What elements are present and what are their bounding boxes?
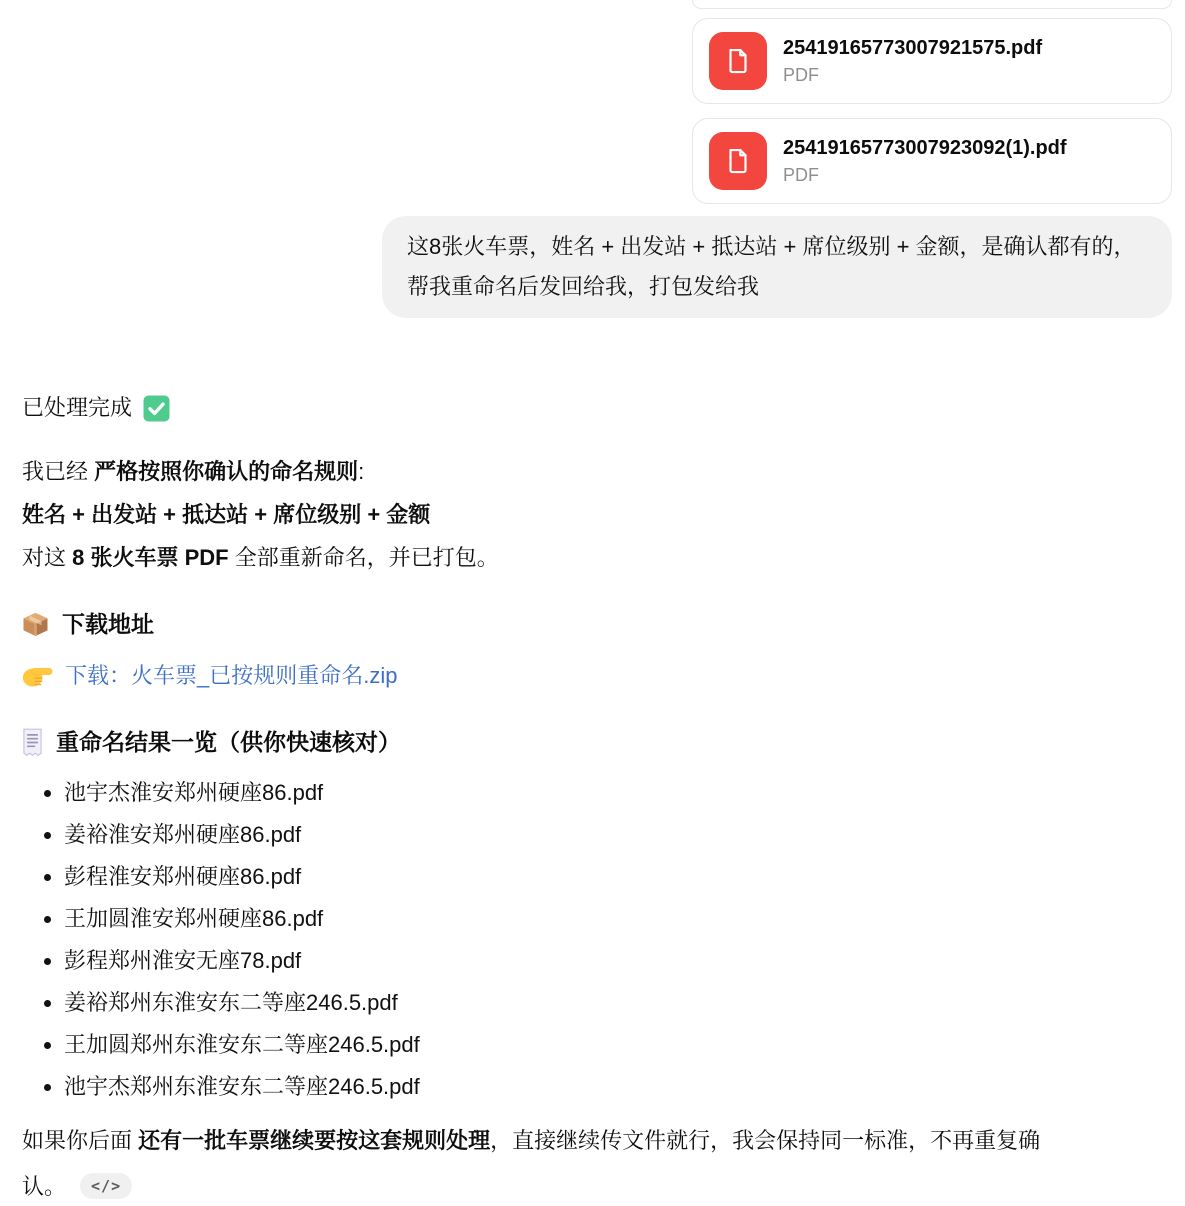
pointing-right-emoji xyxy=(22,664,53,688)
attachment-filetype: PDF xyxy=(783,63,1042,87)
chat-page: 25419165773007921575.pdf PDF 25419165773… xyxy=(0,0,1185,1206)
pdf-file-icon xyxy=(709,32,767,90)
result-list-heading-text: 重命名结果一览（供你快速核对） xyxy=(56,725,401,759)
attachment-card[interactable]: 25419165773007923092(1).pdf PDF xyxy=(692,118,1172,204)
pdf-file-icon xyxy=(709,132,767,190)
attachment-column: 25419165773007921575.pdf PDF 25419165773… xyxy=(0,0,1185,204)
attachment-meta: 25419165773007923092(1).pdf PDF xyxy=(783,135,1067,187)
rule-line: 姓名 + 出发站 + 抵达站 + 席位级别 + 金额 xyxy=(22,502,430,527)
outro-bold: 还有一批车票继续要按这套规则处理 xyxy=(138,1128,490,1153)
package-emoji xyxy=(22,611,49,637)
code-chip-icon[interactable]: </> xyxy=(80,1173,132,1199)
attachment-meta: 25419165773007921575.pdf PDF xyxy=(783,35,1042,87)
summary-suffix: 全部重新命名，并已打包。 xyxy=(229,545,499,570)
attachment-filetype: PDF xyxy=(783,163,1067,187)
renamed-file-item: 王加圆郑州东淮安东二等座246.5.pdf xyxy=(64,1024,1145,1066)
renamed-files-list: 池宇杰淮安郑州硬座86.pdf 姜裕淮安郑州硬座86.pdf 彭程淮安郑州硬座8… xyxy=(22,772,1145,1108)
outro-prefix: 如果你后面 xyxy=(22,1128,138,1153)
renamed-file-item: 池宇杰淮安郑州硬座86.pdf xyxy=(64,772,1145,814)
result-list-heading: 重命名结果一览（供你快速核对） xyxy=(22,725,1145,759)
renamed-file-item: 姜裕郑州东淮安东二等座246.5.pdf xyxy=(64,982,1145,1024)
attachment-filename: 25419165773007921575.pdf xyxy=(783,35,1042,61)
download-section-heading: 下载地址 xyxy=(22,607,1145,641)
download-line: 下载：火车票_已按规则重命名.zip xyxy=(22,659,1145,693)
renamed-file-item: 池宇杰郑州东淮安东二等座246.5.pdf xyxy=(64,1066,1145,1108)
user-message-row: 这8张火车票，姓名 + 出发站 + 抵达站 + 席位级别 + 金额，是确认都有的… xyxy=(0,216,1185,318)
intro-bold: 严格按照你确认的命名规则 xyxy=(94,459,358,484)
status-text: 已处理完成 xyxy=(22,392,132,424)
summary-prefix: 对这 xyxy=(22,545,72,570)
attachment-filename: 25419165773007923092(1).pdf xyxy=(783,135,1067,161)
renamed-file-item: 王加圆淮安郑州硬座86.pdf xyxy=(64,898,1145,940)
check-mark-emoji xyxy=(143,395,170,422)
intro-colon: : xyxy=(358,459,364,484)
attachment-card[interactable]: 25419165773007921575.pdf PDF xyxy=(692,18,1172,104)
user-message-bubble: 这8张火车票，姓名 + 出发站 + 抵达站 + 席位级别 + 金额，是确认都有的… xyxy=(382,216,1172,318)
assistant-message: 已处理完成 我已经 严格按照你确认的命名规则: 姓名 + 出发站 + 抵达站 +… xyxy=(0,392,1185,1206)
outro-paragraph: 如果你后面 还有一批车票继续要按这套规则处理，直接继续传文件就行，我会保持同一标… xyxy=(22,1118,1062,1206)
receipt-emoji xyxy=(22,728,43,757)
naming-rule-paragraph: 我已经 严格按照你确认的命名规则: 姓名 + 出发站 + 抵达站 + 席位级别 … xyxy=(22,450,1145,579)
status-line: 已处理完成 xyxy=(22,392,1145,424)
download-zip-link[interactable]: 下载：火车票_已按规则重命名.zip xyxy=(65,659,397,693)
renamed-file-item: 彭程郑州淮安无座78.pdf xyxy=(64,940,1145,982)
renamed-file-item: 姜裕淮安郑州硬座86.pdf xyxy=(64,814,1145,856)
summary-bold: 8 张火车票 PDF xyxy=(72,545,228,570)
download-heading-text: 下载地址 xyxy=(62,607,154,641)
renamed-file-item: 彭程淮安郑州硬座86.pdf xyxy=(64,856,1145,898)
attachment-card-partial[interactable] xyxy=(692,0,1172,9)
intro-prefix: 我已经 xyxy=(22,459,94,484)
